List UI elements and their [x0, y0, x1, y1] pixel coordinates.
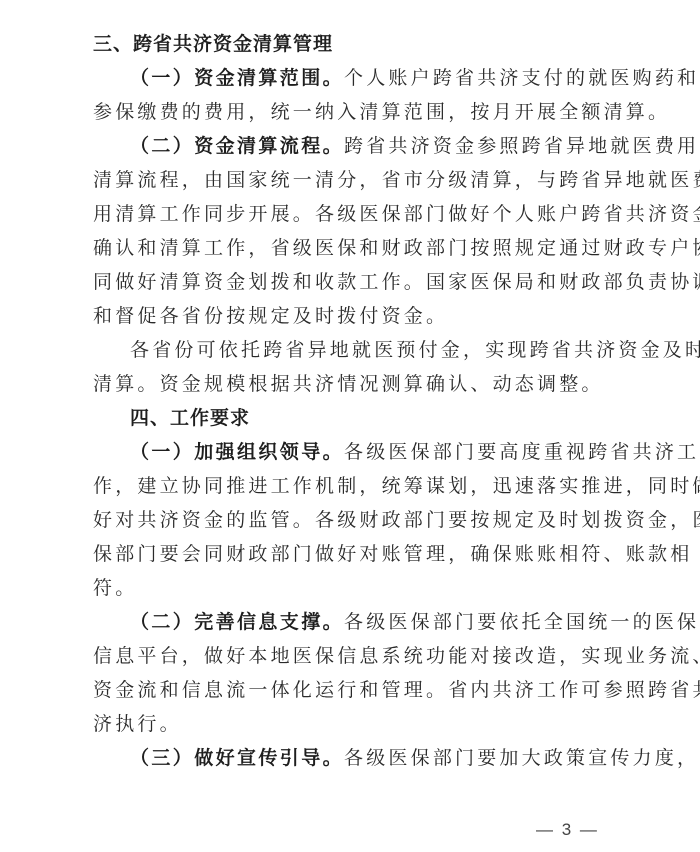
paragraph-line: 资金流和信息流一体化运行和管理。省内共济工作可参照跨省共: [93, 673, 629, 707]
item-text: 个人账户跨省共济支付的就医购药和: [344, 67, 699, 89]
paragraph-line: 济执行。: [93, 707, 629, 741]
paragraph-line: （二）完善信息支撑。各级医保部门要依托全国统一的医保: [93, 605, 629, 639]
section-heading-4: 四、工作要求: [93, 401, 629, 435]
paragraph-line: （二）资金清算流程。跨省共济资金参照跨省异地就医费用: [93, 129, 629, 163]
paragraph-line: （三）做好宣传引导。各级医保部门要加大政策宣传力度，: [93, 741, 629, 775]
paragraph-line: 同做好清算资金划拨和收款工作。国家医保局和财政部负责协调: [93, 265, 629, 299]
paragraph-line: 确认和清算工作，省级医保和财政部门按照规定通过财政专户协: [93, 231, 629, 265]
paragraph-line: 符。: [93, 571, 629, 605]
paragraph-line: 作，建立协同推进工作机制，统筹谋划，迅速落实推进，同时做: [93, 469, 629, 503]
document-page: 三、跨省共济资金清算管理 （一）资金清算范围。个人账户跨省共济支付的就医购药和 …: [93, 27, 629, 775]
paragraph-line: 用清算工作同步开展。各级医保部门做好个人账户跨省共济资金: [93, 197, 629, 231]
item-title: （二）资金清算流程。: [130, 135, 344, 157]
item-title: （一）资金清算范围。: [130, 67, 344, 89]
item-text: 各级医保部门要高度重视跨省共济工: [344, 441, 699, 463]
paragraph-line: （一）加强组织领导。各级医保部门要高度重视跨省共济工: [93, 435, 629, 469]
item-title: （一）加强组织领导。: [130, 441, 344, 463]
item-text: 各级医保部门要加大政策宣传力度，: [344, 747, 699, 769]
paragraph-line: 各省份可依托跨省异地就医预付金，实现跨省共济资金及时: [93, 333, 629, 367]
item-text: 各级医保部门要依托全国统一的医保: [344, 611, 699, 633]
paragraph-line: 好对共济资金的监管。各级财政部门要按规定及时划拨资金，医: [93, 503, 629, 537]
paragraph-line: 清算。资金规模根据共济情况测算确认、动态调整。: [93, 367, 629, 401]
section-heading-3: 三、跨省共济资金清算管理: [93, 27, 629, 61]
paragraph-line: 信息平台，做好本地医保信息系统功能对接改造，实现业务流、: [93, 639, 629, 673]
paragraph-line: （一）资金清算范围。个人账户跨省共济支付的就医购药和: [93, 61, 629, 95]
paragraph-line: 参保缴费的费用，统一纳入清算范围，按月开展全额清算。: [93, 95, 629, 129]
item-title: （三）做好宣传引导。: [130, 747, 344, 769]
paragraph-line: 保部门要会同财政部门做好对账管理，确保账账相符、账款相: [93, 537, 629, 571]
item-title: （二）完善信息支撑。: [130, 611, 344, 633]
paragraph-line: 和督促各省份按规定及时拨付资金。: [93, 299, 629, 333]
item-text: 跨省共济资金参照跨省异地就医费用: [344, 135, 699, 157]
paragraph-line: 清算流程，由国家统一清分，省市分级清算，与跨省异地就医费: [93, 163, 629, 197]
page-number: — 3 —: [536, 820, 599, 840]
